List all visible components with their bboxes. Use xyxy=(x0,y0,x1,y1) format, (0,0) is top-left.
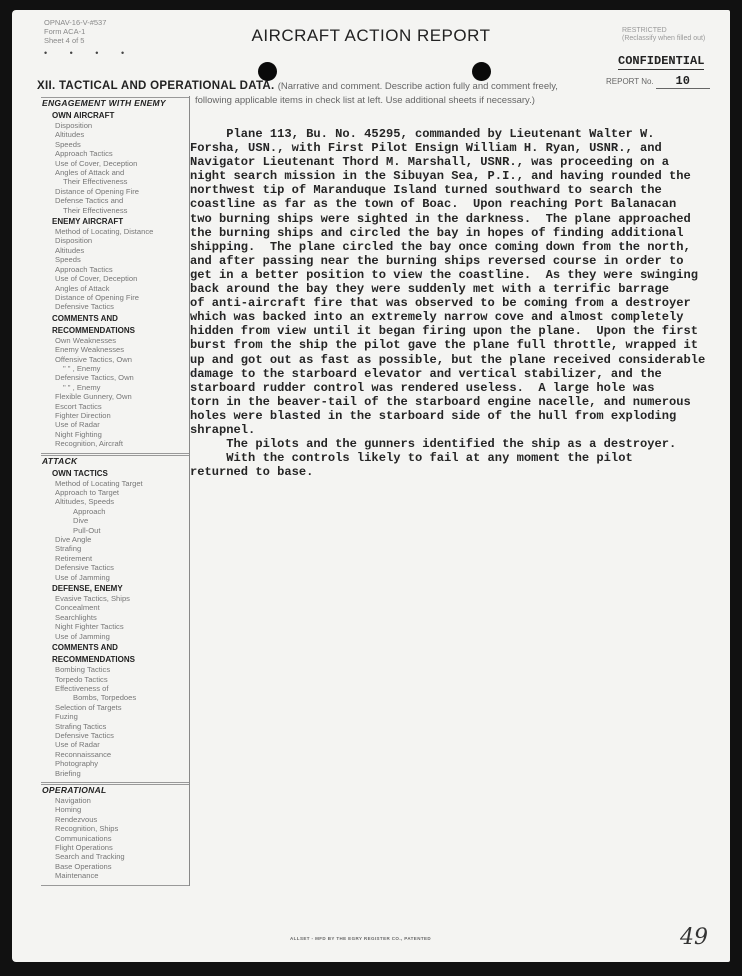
narrative-line: hidden from view until it began firing u… xyxy=(190,324,730,338)
checklist-item: Use of Cover, Deception xyxy=(41,274,189,283)
checklist-item: Evasive Tactics, Ships xyxy=(41,594,189,603)
checklist-item: Approach to Target xyxy=(41,488,189,497)
checklist-item: Base Operations xyxy=(41,862,189,871)
checklist-item: Their Effectiveness xyxy=(41,177,189,186)
punch-hole-icon xyxy=(472,62,491,81)
checklist-item: Use of Radar xyxy=(41,740,189,749)
checklist-item: Fuzing xyxy=(41,712,189,721)
narrative-line: Forsha, USN., with First Pilot Ensign Wi… xyxy=(190,141,730,155)
checklist-item: Method of Locating Target xyxy=(41,479,189,488)
page-number: 49 xyxy=(680,925,708,950)
checklist-item: Distance of Opening Fire xyxy=(41,187,189,196)
checklist-group-title: COMMENTS AND xyxy=(41,314,189,324)
narrative-line: which was backed into an extremely narro… xyxy=(190,310,730,324)
report-number: REPORT No.10 xyxy=(606,74,710,89)
restricted-label: RESTRICTED (Reclassify when filled out) xyxy=(622,27,705,43)
checklist-item: Altitudes xyxy=(41,246,189,255)
checklist-item: Flexible Gunnery, Own xyxy=(41,392,189,401)
checklist-item: Use of Jamming xyxy=(41,632,189,641)
checklist-item: Strafing Tactics xyxy=(41,722,189,731)
narrative-line: northwest tip of Maranduque Island turne… xyxy=(190,183,730,197)
checklist-item: Angles of Attack and xyxy=(41,168,189,177)
checklist-section: ENGAGEMENT WITH ENEMYOWN AIRCRAFTDisposi… xyxy=(41,96,189,454)
checklist-item: Angles of Attack xyxy=(41,284,189,293)
checklist-item: Communications xyxy=(41,834,189,843)
checklist-item: Selection of Targets xyxy=(41,703,189,712)
checklist-section: ATTACKOWN TACTICSMethod of Locating Targ… xyxy=(41,454,189,783)
checklist-group-title: OWN AIRCRAFT xyxy=(41,111,189,121)
checklist-item: Offensive Tactics, Own xyxy=(41,355,189,364)
section-instructions: (Narrative and comment. Describe action … xyxy=(278,81,558,92)
narrative-line: burst from the ship the pilot gave the p… xyxy=(190,338,730,352)
checklist-item: Method of Locating, Distance xyxy=(41,227,189,236)
narrative-line: back around the bay they were suddenly m… xyxy=(190,282,730,296)
checklist-item: Defensive Tactics xyxy=(41,731,189,740)
narrative-line: coastline as far as the town of Boac. Up… xyxy=(190,197,730,211)
checklist-item: Recognition, Aircraft xyxy=(41,439,189,448)
checklist-group-title: RECOMMENDATIONS xyxy=(41,326,189,336)
checklist-sidebar: ENGAGEMENT WITH ENEMYOWN AIRCRAFTDisposi… xyxy=(41,96,190,886)
checklist-item: Use of Cover, Deception xyxy=(41,159,189,168)
narrative-line: shipping. The plane circled the bay once… xyxy=(190,240,730,254)
narrative-line: holes were blasted in the starboard side… xyxy=(190,409,730,423)
checklist-item: Dive xyxy=(41,516,189,525)
checklist-item: Photography xyxy=(41,759,189,768)
checklist-section: OPERATIONALNavigationHomingRendezvousRec… xyxy=(41,783,189,886)
checklist-group-title: COMMENTS AND xyxy=(41,643,189,653)
section-heading: XII. TACTICAL AND OPERATIONAL DATA. (Nar… xyxy=(37,80,558,92)
checklist-item: Altitudes, Speeds xyxy=(41,497,189,506)
checklist-group-title: RECOMMENDATIONS xyxy=(41,655,189,665)
narrative-text: Plane 113, Bu. No. 45295, commanded by L… xyxy=(190,127,730,479)
checklist-item: Recognition, Ships xyxy=(41,824,189,833)
report-number-value: 10 xyxy=(656,74,710,89)
checklist-item: Pull-Out xyxy=(41,526,189,535)
checklist-heading: ENGAGEMENT WITH ENEMY xyxy=(41,97,189,109)
checklist-item: Rendezvous xyxy=(41,815,189,824)
narrative-line: The pilots and the gunners identified th… xyxy=(190,437,730,451)
narrative-line: shrapnel. xyxy=(190,423,730,437)
checklist-item: " " , Enemy xyxy=(41,364,189,373)
checklist-item: Search and Tracking xyxy=(41,852,189,861)
checklist-item: Approach Tactics xyxy=(41,149,189,158)
narrative-line: Plane 113, Bu. No. 45295, commanded by L… xyxy=(190,127,730,141)
narrative-line: returned to base. xyxy=(190,465,730,479)
checklist-item: Flight Operations xyxy=(41,843,189,852)
checklist-item: Disposition xyxy=(41,121,189,130)
narrative-line: the burning ships and circled the bay in… xyxy=(190,226,730,240)
checklist-item: Night Fighting xyxy=(41,430,189,439)
narrative-line: up and got out as fast as possible, but … xyxy=(190,353,730,367)
checklist-item: Bombs, Torpedoes xyxy=(41,693,189,702)
checklist-item: Briefing xyxy=(41,769,189,778)
checklist-heading: OPERATIONAL xyxy=(41,784,189,796)
checklist-group-title: ENEMY AIRCRAFT xyxy=(41,217,189,227)
checklist-item: Their Effectiveness xyxy=(41,206,189,215)
checklist-item: Dive Angle xyxy=(41,535,189,544)
narrative-line: two burning ships were sighted in the da… xyxy=(190,212,730,226)
checklist-item: Night Fighter Tactics xyxy=(41,622,189,631)
checklist-item: Fighter Direction xyxy=(41,411,189,420)
checklist-item: Use of Radar xyxy=(41,420,189,429)
checklist-group-title: OWN TACTICS xyxy=(41,469,189,479)
narrative-line: torn in the beaver-tail of the starboard… xyxy=(190,395,730,409)
confidential-stamp: CONFIDENTIAL xyxy=(618,54,704,70)
narrative-line: of anti-aircraft fire that was observed … xyxy=(190,296,730,310)
checklist-item: Escort Tactics xyxy=(41,402,189,411)
checklist-item: Speeds xyxy=(41,255,189,264)
report-number-label: REPORT No. xyxy=(606,77,654,86)
restricted-text: RESTRICTED xyxy=(622,27,705,35)
narrative-line: starboard rudder control was rendered us… xyxy=(190,381,730,395)
narrative-line: get in a better position to view the coa… xyxy=(190,268,730,282)
checklist-item: Defensive Tactics, Own xyxy=(41,373,189,382)
printer-imprint: ALLSET - MFD BY THE EGRY REGISTER CO., P… xyxy=(290,936,431,941)
section-instructions-cont: following applicable items in check list… xyxy=(195,95,535,106)
checklist-item: " " , Enemy xyxy=(41,383,189,392)
checklist-item: Distance of Opening Fire xyxy=(41,293,189,302)
checklist-item: Defensive Tactics xyxy=(41,563,189,572)
section-title: XII. TACTICAL AND OPERATIONAL DATA. xyxy=(37,80,275,92)
checklist-heading: ATTACK xyxy=(41,455,189,467)
checklist-item: Defensive Tactics xyxy=(41,302,189,311)
checklist-item: Approach xyxy=(41,507,189,516)
checklist-item: Homing xyxy=(41,805,189,814)
narrative-line: With the controls likely to fail at any … xyxy=(190,451,730,465)
checklist-item: Approach Tactics xyxy=(41,265,189,274)
checklist-item: Maintenance xyxy=(41,871,189,880)
narrative-line: Navigator Lieutenant Thord M. Marshall, … xyxy=(190,155,730,169)
checklist-item: Retirement xyxy=(41,554,189,563)
checklist-item: Bombing Tactics xyxy=(41,665,189,674)
checklist-item: Reconnaissance xyxy=(41,750,189,759)
checklist-item: Navigation xyxy=(41,796,189,805)
checklist-item: Concealment xyxy=(41,603,189,612)
checklist-item: Enemy Weaknesses xyxy=(41,345,189,354)
punch-hole-icon xyxy=(258,62,277,81)
narrative-line: night search mission in the Sibuyan Sea,… xyxy=(190,169,730,183)
checklist-item: Disposition xyxy=(41,236,189,245)
checklist-item: Torpedo Tactics xyxy=(41,675,189,684)
checklist-item: Defense Tactics and xyxy=(41,196,189,205)
dot-marks: • • • • xyxy=(44,48,134,58)
checklist-item: Own Weaknesses xyxy=(41,336,189,345)
report-page: OPNAV-16-V-#537 Form ACA-1 Sheet 4 of 5 … xyxy=(12,10,730,962)
checklist-item: Searchlights xyxy=(41,613,189,622)
reclassify-note: (Reclassify when filled out) xyxy=(622,35,705,43)
checklist-item: Altitudes xyxy=(41,130,189,139)
narrative-line: and after passing near the burning ships… xyxy=(190,254,730,268)
narrative-line: damage to the starboard elevator and ver… xyxy=(190,367,730,381)
checklist-item: Strafing xyxy=(41,544,189,553)
checklist-item: Use of Jamming xyxy=(41,573,189,582)
checklist-item: Effectiveness of xyxy=(41,684,189,693)
checklist-item: Speeds xyxy=(41,140,189,149)
checklist-group-title: DEFENSE, ENEMY xyxy=(41,584,189,594)
